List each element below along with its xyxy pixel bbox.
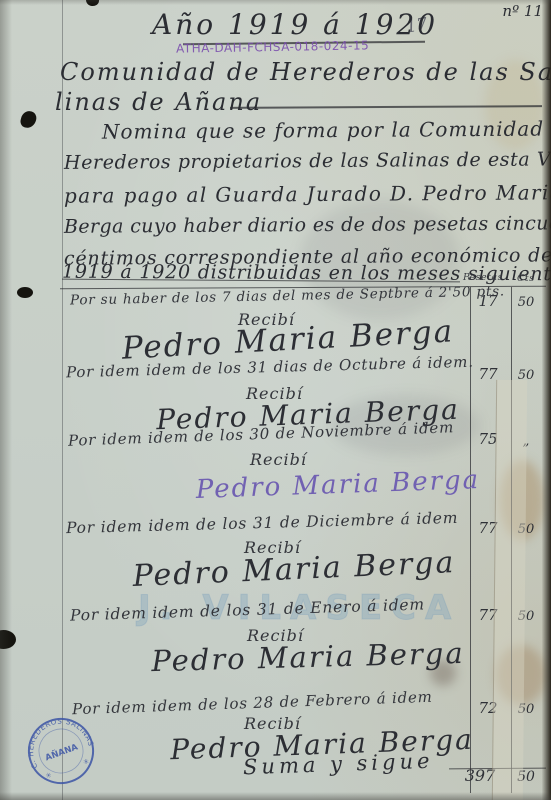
edge-notch <box>85 0 99 7</box>
row-pesetas: 17 <box>468 292 508 310</box>
row-recibi: Recibí <box>250 450 307 469</box>
round-stamp-ornament: ✳ <box>45 771 53 781</box>
row-description: Por idem idem de los 31 de Diciembre á i… <box>66 509 459 537</box>
table-column-rule <box>511 287 512 793</box>
row-signature: Pedro Maria Berga <box>138 636 479 679</box>
intro-line: Herederos propietarios de las Salinas de… <box>64 148 551 174</box>
total-cts: 50 <box>511 769 541 785</box>
year-title: Año 1919 á 1920 <box>152 8 438 41</box>
margin-fold-line <box>62 0 63 800</box>
punch-hole <box>0 630 16 649</box>
punch-hole <box>17 287 33 298</box>
page-number: nº 11 <box>502 2 543 20</box>
row-cts: 50 <box>511 295 541 310</box>
intro-line: para pago al Guarda Jurado D. Pedro Mari… <box>64 180 551 207</box>
stain <box>496 645 546 705</box>
row-pesetas: 72 <box>468 699 508 717</box>
row-cts: 50 <box>511 368 541 383</box>
document-title-line2: linas de Añana <box>55 88 262 116</box>
row-cts: 50 <box>511 522 541 537</box>
round-stamp-graphic: C. HEREDEROS SALINAS AÑANA ✳ ✳ <box>14 704 109 799</box>
row-pesetas: 77 <box>468 365 508 383</box>
document-title-line1: Comunidad de Herederos de las Sa- <box>60 58 551 86</box>
punch-hole <box>19 109 38 129</box>
round-stamp-center-text: AÑANA <box>44 741 80 763</box>
round-stamp: C. HEREDEROS SALINAS AÑANA ✳ ✳ <box>14 704 109 799</box>
bottom-page-edge <box>0 792 551 800</box>
row-cts: 50 <box>511 702 541 717</box>
intro-line: Nomina que se forma por la Comunidad de <box>102 116 551 143</box>
intro-line: Berga cuyo haber diario es de dos peseta… <box>64 212 551 238</box>
row-pesetas: 77 <box>468 606 508 624</box>
row-cts: „ <box>511 434 541 449</box>
row-signature: Pedro Maria Berga <box>168 464 509 506</box>
archive-stamp-code: ATHA-DAH-FCHSA-018-024-15 <box>176 38 369 55</box>
row-pesetas: 77 <box>468 519 508 537</box>
row-signature: Pedro Maria Berga <box>123 545 464 595</box>
left-page-edge <box>0 0 12 800</box>
column-header-pesetas: Pesetas <box>463 272 503 283</box>
scanned-document-page: J. VILASECA nº 11 17 Año 1919 á 1920 ATH… <box>0 0 551 800</box>
row-pesetas: 75 <box>468 430 508 448</box>
column-header-cts: Cts <box>517 273 534 284</box>
total-pesetas: 397 <box>456 766 504 785</box>
top-page-edge <box>0 0 551 5</box>
row-cts: 50 <box>511 609 541 624</box>
